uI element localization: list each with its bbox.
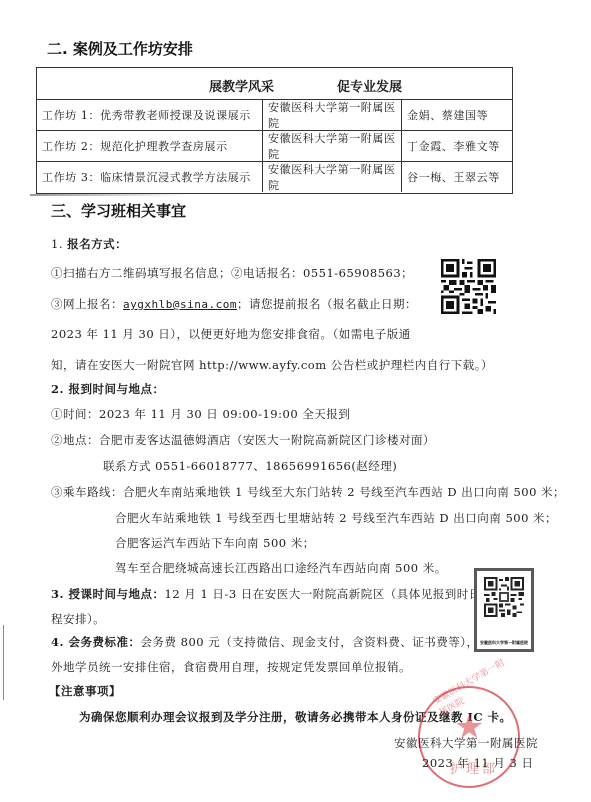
- divider: [30, 194, 190, 196]
- item1-line2: ③网上报名：aygxhlb@sina.com；请您提前报名（报名截止日期：: [51, 296, 417, 312]
- route-label: ③乘车路线：: [51, 485, 123, 499]
- qr-card-caption: 安徽医科大学第一附属医院: [477, 640, 531, 646]
- qr-code-icon: [441, 259, 496, 314]
- hospital-qr-card[interactable]: 安徽医科大学第一附属医院: [474, 568, 534, 652]
- route-item: 合肥火车站乘地铁 1 号线至西七里塘站转 2 号线至汽车西站 D 出口向南 50…: [115, 510, 557, 526]
- institution-cell: 安徽医科大学第一附属医院: [263, 99, 402, 130]
- table-row: 工作坊 1：优秀带教老师授课及说课展示 安徽医科大学第一附属医院 金娟、蔡建国等: [37, 99, 512, 131]
- table-header-right: 促专业发展: [337, 76, 402, 95]
- registration-qr-code[interactable]: [441, 259, 496, 314]
- people-cell: 丁金霞、李雅文等: [402, 130, 512, 161]
- item4-heading: 4. 会务费标准：: [51, 635, 141, 649]
- item1-heading: 1. 报名方式：: [51, 236, 127, 252]
- item1-heading-num: 1.: [51, 237, 67, 251]
- workshop-cell: 工作坊 3：临床情景沉浸式教学方法展示: [37, 161, 263, 192]
- item4-line2: 外地学员统一安排住宿，食宿费用自理，按规定凭发票回单位报销。: [51, 659, 411, 675]
- item3-line1: 3. 授课时间与地点：12 月 1 日-3 日在安医大一附院高新院区（具体见报到…: [51, 586, 481, 602]
- people-cell: 谷一梅、王翠云等: [402, 161, 512, 192]
- item3-heading: 3. 授课时间与地点：: [51, 587, 165, 601]
- workshop-cell: 工作坊 1：优秀带教老师授课及说课展示: [37, 99, 263, 130]
- item3-text: 12 月 1 日-3 日在安医大一附院高新院区（具体见报到时日: [165, 587, 481, 601]
- notice-heading: 【注意事项】: [49, 683, 121, 699]
- item1-line1: ①扫描右方二维码填写报名信息；②电话报名：0551-65908563；: [51, 265, 413, 281]
- table-row: 工作坊 3：临床情景沉浸式教学方法展示 安徽医科大学第一附属医院 谷一梅、王翠云…: [37, 161, 512, 192]
- item4-text: 会务费 800 元（支持微信、现金支付，含资料费、证书费等），: [141, 635, 479, 649]
- workshop-cell: 工作坊 2：规范化护理教学查房展示: [37, 130, 263, 161]
- signature-org: 安徽医科大学第一附属医院: [394, 735, 538, 751]
- item3-line2: 程安排）。: [51, 611, 105, 627]
- item1-heading-text: 报名方式：: [67, 237, 127, 251]
- item1-line3: 2023 年 11 月 30 日），以便更好地为您安排食宿。（如需电子版通: [51, 326, 411, 342]
- table-header: 展教学风采 促专业发展: [37, 68, 512, 100]
- item2-route-line: ③乘车路线：合肥火车南站乘地铁 1 号线至大东门站转 2 号线至汽车西站 D 出…: [51, 484, 565, 500]
- section3-title: 三、学习班相关事宜: [51, 200, 186, 221]
- institution-cell: 安徽医科大学第一附属医院: [263, 130, 402, 161]
- route-item: 驾车至合肥绕城高速长江西路出口途经汽车西站向南 500 米。: [115, 560, 447, 576]
- route-item: 合肥火车南站乘地铁 1 号线至大东门站转 2 号线至汽车西站 D 出口向南 50…: [123, 485, 565, 499]
- item4-line1: 4. 会务费标准：会务费 800 元（支持微信、现金支付，含资料费、证书费等），: [51, 634, 479, 650]
- institution-cell: 安徽医科大学第一附属医院: [263, 161, 402, 192]
- workshop-table: 展教学风采 促专业发展 工作坊 1：优秀带教老师授课及说课展示 安徽医科大学第一…: [36, 67, 513, 194]
- item1-line2-prefix: ③网上报名：: [51, 297, 123, 311]
- scan-edge-line: [3, 625, 4, 700]
- route-item: 合肥客运汽车西站下车向南 500 米；: [115, 535, 315, 551]
- item1-line4: 知，请在安医大一附院官网 http://www.ayfy.com 公告栏或护理栏…: [51, 357, 493, 373]
- item2-heading: 2. 报到时间与地点：: [51, 381, 165, 397]
- item2-place: ②地点：合肥市麦客达温德姆酒店（安医大一附院高新院区门诊楼对面）: [51, 432, 435, 448]
- email-link[interactable]: aygxhlb@sina.com: [123, 298, 237, 311]
- people-cell: 金娟、蔡建国等: [402, 99, 512, 130]
- qr-code-icon: [484, 577, 524, 617]
- item2-contact: 联系方式 0551-66018777、18656991656(赵经理): [103, 458, 397, 474]
- table-row: 工作坊 2：规范化护理教学查房展示 安徽医科大学第一附属医院 丁金霞、李雅文等: [37, 130, 512, 162]
- section2-title: 二. 案例及工作坊安排: [47, 38, 193, 59]
- item2-time: ①时间：2023 年 11 月 30 日 09:00-19:00 全天报到: [51, 406, 350, 422]
- table-header-left: 展教学风采: [209, 76, 274, 95]
- signature-date: 2023 年 11 月 3 日: [422, 755, 534, 771]
- item1-line2-suffix: ；请您提前报名（报名截止日期：: [237, 297, 417, 311]
